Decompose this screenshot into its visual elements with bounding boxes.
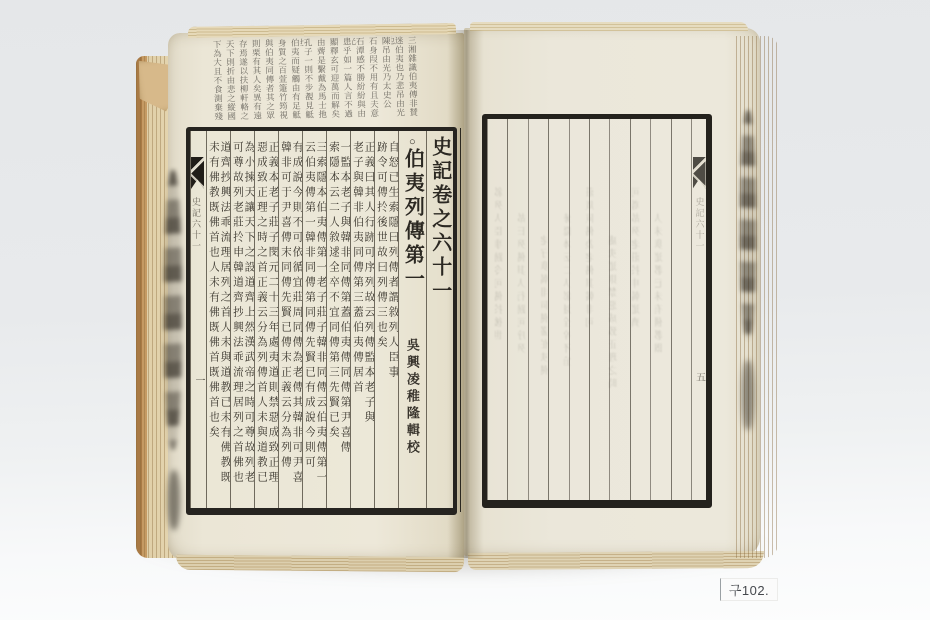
commentary-line-right: 自怒已生索隱曰列傳者謂敘列人臣事 [387, 136, 399, 381]
fore-edge-ink-marks [740, 110, 756, 340]
top-page-edges-right [470, 22, 748, 31]
annotation-column: 患乎如一篇人言不過 [339, 37, 353, 125]
blank-column [630, 119, 650, 500]
chapter-title-text: 伯夷列傳第一 [401, 148, 423, 292]
annotation-column: 石潭感不勝紛紛與由光 [352, 37, 366, 125]
commentary-column: 一監本老子與韓非同傳第蓋伯夷傳同傳第尹喜傳索隱本云二人敘逑全卒不宜同傳第三先賢已… [326, 131, 350, 508]
blank-column [589, 119, 609, 500]
commentary-line-right: 三索隱本伯夷傳第一老子莊子韓非同傳云伯夷傳第一 [315, 136, 327, 486]
annotation-column: 伯夷而疑觸由有足觝 [287, 38, 301, 126]
banxin-column-right: 史記六十一 五 [691, 119, 706, 500]
commentary-column: 為小揀天讓天下之設道齊上然漢武帝之時可尊故列老可尊故列老莊扵申韓道齊抄興法乖流理… [230, 131, 254, 508]
chapter-title: ○伯夷列傳第一 [402, 136, 422, 292]
blank-column [528, 119, 548, 500]
annotation-column: 下為大且不食測棄殘 [209, 40, 223, 128]
annotation-column: 天下則折由悲之縱國 [222, 40, 236, 128]
fore-edge-ink-marks [168, 470, 180, 530]
blank-column [507, 119, 527, 500]
fore-edge-ink-marks [164, 170, 182, 450]
commentary-column: 三索隱本伯夷傳第一老子莊子韓非同傳云伯夷傳第一云伯夷傳第一韓非同傳第同傳先賢已有… [302, 131, 326, 508]
annotation-column: 身質之百萱箑竹筠視 [274, 38, 288, 126]
commentary-line-right: 有成說今則不可依循宜莊周同傳為老傳其韓非可尹喜 [291, 136, 303, 486]
page-number-right: 五 [692, 372, 707, 382]
banxin-title: 史記六十一 [695, 197, 704, 252]
blank-column [650, 119, 670, 500]
photograph-stage: 三湘雜識伯夷傳非賛迷伯夷也乃悲吊由光也陳吊由光乃太史公石身叚不用有且夫意石潭感不… [0, 0, 930, 620]
commentary-column: 正義曰其人行跡可序列故云列傳監本老子與老子與韓非伯夷同傳第三蓋伯夷傳居首 [350, 131, 374, 508]
blank-columns [487, 119, 691, 500]
commentary-line-left: 可尊故列老莊扵申韓道齊抄興法乖流理居列之首佛也 [231, 136, 243, 486]
annotation-column: 由薺是繫戴為馬士扡 [313, 38, 327, 126]
chapter-column: ○伯夷列傳第一 吳興凌稚隆輯校 [398, 131, 425, 508]
blank-column [487, 119, 507, 500]
banxin-column-left: 史記六十一 一 [190, 131, 206, 508]
commentary-line-left: 索隱本云二人敘逑全卒不宜同傳第三先賢已矣 [327, 136, 339, 441]
commentary-column: 正義本老子莊子閔元二十三年處夷道則禁惡成致正理惡成致正理之時之首正義云分為列傳首… [254, 131, 278, 508]
annotation-column: 石身叚不用有且夫意 [365, 37, 379, 125]
annotation-column: 與伯夷同傳者其之眾 [261, 39, 275, 127]
commentary-line-left: 老子與韓非伯夷同傳第三蓋伯夷傳居首 [351, 136, 363, 396]
annotation-column: 孔子一則不步覩見觝世 [300, 38, 314, 126]
editor-line: 吳興凌稚隆輯校 [406, 338, 419, 457]
page-number-left: 一 [191, 375, 206, 385]
blank-column [548, 119, 568, 500]
fishtail-icon [191, 157, 204, 189]
handwritten-annotation: 三湘雜識伯夷傳非賛迷伯夷也乃悲吊由光也陳吊由光乃太史公石身叚不用有且夫意石潭感不… [202, 36, 418, 128]
commentary-line-left: 云伯夷傳第一韓非同傳第同傳先賢已有成說今則可 [303, 136, 315, 471]
commentary-column: 自怒已生索隱曰列傳者謂敘列人臣事跡令可傳扵後世故曰列傳三也矣 [374, 131, 398, 508]
fore-edge-ink-marks [742, 360, 754, 430]
left-text-frame: 史記卷之六十一 ○伯夷列傳第一 吳興凌稚隆輯校 自怒已生索隱曰列傳者謂敘列人臣事… [186, 127, 457, 515]
commentary-line-left: 跡令可傳扵後世故曰列傳三也矣 [375, 136, 387, 351]
commentary-line-left: 未有佛教既佛首也人未有佛既佛首既佛首也矣 [207, 136, 219, 441]
circle-mark-icon: ○ [406, 136, 418, 148]
blank-column [569, 119, 589, 500]
bottom-page-edges-right [468, 551, 764, 570]
title-column: 史記卷之六十一 [426, 131, 453, 508]
left-frame-columns: 史記卷之六十一 ○伯夷列傳第一 吳興凌稚隆輯校 自怒已生索隱曰列傳者謂敘列人臣事… [190, 131, 453, 508]
fishtail-icon [693, 157, 706, 189]
annotation-column: 則栗有其人矣異有遠 [248, 39, 262, 127]
volume-title: 史記卷之六十一 [430, 136, 450, 304]
commentary-column: 有成說今則不可依循宜莊周同傳為老傳其韓非可尹喜韓非可于尹喜傳末同傳先賢已傳末正義… [278, 131, 302, 508]
annotation-column: 陳吊由光乃太史公 [378, 36, 392, 124]
commentary-line-right: 道齊抄興法乖流理居列之首人未與道教已未有佛教既 [219, 136, 231, 486]
commentary-columns: 自怒已生索隱曰列傳者謂敘列人臣事跡令可傳扵後世故曰列傳三也矣正義曰其人行跡可序列… [206, 131, 398, 508]
commentary-line-right: 正義曰其人行跡可序列故云列傳監本老子與 [363, 136, 375, 426]
commentary-line-right: 為小揀天讓天下之設道齊上然漢武帝之時可尊故列老 [243, 136, 255, 486]
right-frame-columns: 史記六十一 五 [487, 119, 706, 500]
commentary-line-left: 惡成致正理之時之首正義云分為列傳首人未與道教已 [255, 136, 267, 486]
annotation-column: 三湘雜識伯夷傳非賛 [404, 36, 418, 124]
commentary-line-right: 一監本老子與韓非同傳第蓋伯夷傳同傳第尹喜傳 [339, 136, 351, 456]
bottom-page-edges-left [176, 555, 464, 573]
annotation-column: 顯釋玄可迎萬而解矣 [326, 37, 340, 125]
commentary-column: 道齊抄興法乖流理居列之首人未與道教已未有佛教既未有佛教既佛首也人未有佛既佛首既佛… [206, 131, 230, 508]
right-text-frame: 敘列人臣事跡令可傳扵後世故曰列傳其人行跡可序列老子與韓非同傳蓋伯夷傳索隱本云二人… [482, 114, 712, 508]
commentary-line-left: 韓非可于尹喜傳末同傳先賢已傳末正義云分為列傳 [279, 136, 291, 471]
banxin-title: 史記六十一 [191, 197, 200, 252]
catalog-label: 구102. [720, 578, 778, 601]
annotation-column: 迷伯夷也乃悲吊由光也 [391, 36, 405, 124]
blank-column [671, 119, 691, 500]
commentary-line-right: 正義本老子莊子閔元二十三年處夷道則禁惡成致正理 [267, 136, 279, 486]
blank-column [609, 119, 629, 500]
annotation-column: 存焉遂以扶柳軒輅之 [235, 39, 249, 127]
